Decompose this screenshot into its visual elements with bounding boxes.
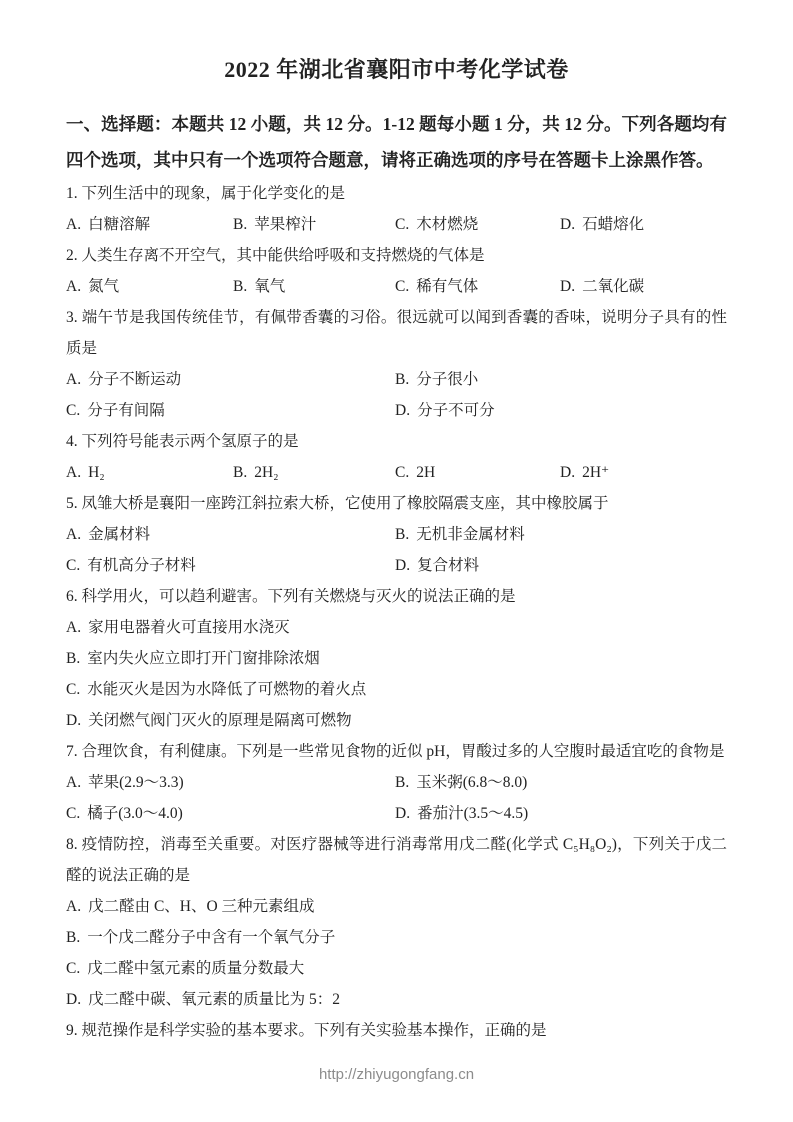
- option-label: D.: [560, 278, 575, 295]
- option-text: 石蜡熔化: [582, 216, 644, 233]
- answer-option: D.复合材料: [395, 550, 727, 581]
- option-text: 二氧化碳: [582, 278, 644, 295]
- option-label: A.: [66, 371, 81, 388]
- options-group: A.H₂B.2H₂C.2HD.2H⁺: [66, 457, 727, 488]
- answer-option: D.石蜡熔化: [560, 209, 727, 240]
- answer-option: A.白糖溶解: [66, 209, 233, 240]
- options-group: A.苹果(2.9～3.3)B.玉米粥(6.8～8.0)C.橘子(3.0～4.0)…: [66, 767, 727, 829]
- answer-option: B.氧气: [233, 271, 395, 302]
- option-label: A.: [66, 216, 81, 233]
- option-label: B.: [395, 371, 409, 388]
- answer-option: D.2H⁺: [560, 457, 727, 488]
- footer: http://zhiyugongfang.cn: [0, 1066, 793, 1083]
- option-label: D.: [560, 216, 575, 233]
- question-stem: 7. 合理饮食，有利健康。下列是一些常见食物的近似 pH，胃酸过多的人空腹时最适…: [66, 736, 727, 767]
- option-label: D.: [66, 991, 81, 1008]
- option-text: H₂: [88, 464, 105, 481]
- option-text: 复合材料: [417, 557, 479, 574]
- option-label: B.: [66, 650, 80, 667]
- question-block: 7. 合理饮食，有利健康。下列是一些常见食物的近似 pH，胃酸过多的人空腹时最适…: [66, 736, 727, 829]
- option-text: 水能灭火是因为水降低了可燃物的着火点: [87, 681, 366, 698]
- question-stem: 3. 端午节是我国传统佳节，有佩带香囊的习俗。很远就可以闻到香囊的香味，说明分子…: [66, 302, 727, 364]
- questions: 1. 下列生活中的现象，属于化学变化的是A.白糖溶解B.苹果榨汁C.木材燃烧D.…: [66, 178, 727, 1046]
- option-text: 关闭燃气阀门灭火的原理是隔离可燃物: [88, 712, 352, 729]
- option-text: 金属材料: [88, 526, 150, 543]
- question-block: 5. 凤雏大桥是襄阳一座跨江斜拉索大桥，它使用了橡胶隔震支座，其中橡胶属于A.金…: [66, 488, 727, 581]
- answer-option: B.苹果榨汁: [233, 209, 395, 240]
- option-label: A.: [66, 774, 81, 791]
- option-label: A.: [66, 278, 81, 295]
- answer-option: C.木材燃烧: [395, 209, 560, 240]
- question-block: 3. 端午节是我国传统佳节，有佩带香囊的习俗。很远就可以闻到香囊的香味，说明分子…: [66, 302, 727, 426]
- option-text: 无机非金属材料: [416, 526, 525, 543]
- answer-option: A.家用电器着火可直接用水浇灭: [66, 612, 727, 643]
- answer-option: C.戊二醛中氢元素的质量分数最大: [66, 953, 727, 984]
- option-text: 2H₂: [254, 464, 278, 481]
- option-text: 氮气: [88, 278, 119, 295]
- question-block: 6. 科学用火，可以趋利避害。下列有关燃烧与灭火的说法正确的是A.家用电器着火可…: [66, 581, 727, 736]
- question-block: 2. 人类生存离不开空气，其中能供给呼吸和支持燃烧的气体是A.氮气B.氧气C.稀…: [66, 240, 727, 302]
- option-text: 木材燃烧: [416, 216, 478, 233]
- option-text: 白糖溶解: [88, 216, 150, 233]
- option-text: 戊二醛中氢元素的质量分数最大: [87, 960, 304, 977]
- option-label: C.: [66, 805, 80, 822]
- options-group: A.氮气B.氧气C.稀有气体D.二氧化碳: [66, 271, 727, 302]
- option-label: C.: [66, 402, 80, 419]
- answer-option: D.关闭燃气阀门灭火的原理是隔离可燃物: [66, 705, 727, 736]
- answer-option: C.水能灭火是因为水降低了可燃物的着火点: [66, 674, 727, 705]
- question-stem: 2. 人类生存离不开空气，其中能供给呼吸和支持燃烧的气体是: [66, 240, 727, 271]
- page-title: 2022 年湖北省襄阳市中考化学试卷: [66, 54, 727, 86]
- option-text: 戊二醛由 C、H、O 三种元素组成: [88, 898, 314, 915]
- answer-option: A.分子不断运动: [66, 364, 395, 395]
- answer-option: B.一个戊二醛分子中含有一个氧气分子: [66, 922, 727, 953]
- option-text: 室内失火应立即打开门窗排除浓烟: [87, 650, 320, 667]
- option-label: B.: [233, 216, 247, 233]
- question-stem: 8. 疫情防控，消毒至关重要。对医疗器械等进行消毒常用戊二醛(化学式 C₅H₈O…: [66, 829, 727, 891]
- answer-option: B.室内失火应立即打开门窗排除浓烟: [66, 643, 727, 674]
- answer-option: A.苹果(2.9～3.3): [66, 767, 395, 798]
- answer-option: B.无机非金属材料: [395, 519, 727, 550]
- options-group: A.戊二醛由 C、H、O 三种元素组成B.一个戊二醛分子中含有一个氧气分子C.戊…: [66, 891, 727, 1015]
- option-label: D.: [560, 464, 575, 481]
- option-text: 苹果榨汁: [254, 216, 316, 233]
- option-text: 番茄汁(3.5～4.5): [417, 805, 528, 822]
- option-text: 稀有气体: [416, 278, 478, 295]
- answer-option: C.分子有间隔: [66, 395, 395, 426]
- option-text: 一个戊二醛分子中含有一个氧气分子: [87, 929, 335, 946]
- answer-option: C.稀有气体: [395, 271, 560, 302]
- option-label: C.: [395, 464, 409, 481]
- option-label: B.: [66, 929, 80, 946]
- answer-option: C.2H: [395, 457, 560, 488]
- question-stem: 6. 科学用火，可以趋利避害。下列有关燃烧与灭火的说法正确的是: [66, 581, 727, 612]
- option-text: 分子有间隔: [87, 402, 165, 419]
- question-block: 4. 下列符号能表示两个氢原子的是A.H₂B.2H₂C.2HD.2H⁺: [66, 426, 727, 488]
- footer-url: http://zhiyugongfang.cn: [319, 1066, 474, 1083]
- option-label: D.: [395, 805, 410, 822]
- option-text: 有机高分子材料: [87, 557, 196, 574]
- option-label: B.: [395, 526, 409, 543]
- options-group: A.分子不断运动B.分子很小C.分子有间隔D.分子不可分: [66, 364, 727, 426]
- answer-option: A.氮气: [66, 271, 233, 302]
- option-label: A.: [66, 464, 81, 481]
- answer-option: D.番茄汁(3.5～4.5): [395, 798, 727, 829]
- answer-option: D.分子不可分: [395, 395, 727, 426]
- option-text: 分子不断运动: [88, 371, 181, 388]
- answer-option: A.H₂: [66, 457, 233, 488]
- question-block: 1. 下列生活中的现象，属于化学变化的是A.白糖溶解B.苹果榨汁C.木材燃烧D.…: [66, 178, 727, 240]
- question-block: 8. 疫情防控，消毒至关重要。对医疗器械等进行消毒常用戊二醛(化学式 C₅H₈O…: [66, 829, 727, 1015]
- option-label: D.: [66, 712, 81, 729]
- answer-option: A.金属材料: [66, 519, 395, 550]
- question-stem: 9. 规范操作是科学实验的基本要求。下列有关实验基本操作，正确的是: [66, 1015, 727, 1046]
- option-text: 分子很小: [416, 371, 478, 388]
- option-label: A.: [66, 526, 81, 543]
- answer-option: B.2H₂: [233, 457, 395, 488]
- question-stem: 1. 下列生活中的现象，属于化学变化的是: [66, 178, 727, 209]
- options-group: A.白糖溶解B.苹果榨汁C.木材燃烧D.石蜡熔化: [66, 209, 727, 240]
- option-label: A.: [66, 619, 81, 636]
- option-label: B.: [395, 774, 409, 791]
- answer-option: A.戊二醛由 C、H、O 三种元素组成: [66, 891, 727, 922]
- option-text: 分子不可分: [417, 402, 495, 419]
- option-label: D.: [395, 557, 410, 574]
- option-label: B.: [233, 464, 247, 481]
- option-label: C.: [66, 960, 80, 977]
- option-text: 氧气: [254, 278, 285, 295]
- option-text: 戊二醛中碳、氧元素的质量比为 5：2: [88, 991, 340, 1008]
- option-label: D.: [395, 402, 410, 419]
- exam-page: 2022 年湖北省襄阳市中考化学试卷 一、选择题：本题共 12 小题，共 12 …: [0, 0, 793, 1046]
- option-label: C.: [66, 557, 80, 574]
- question-stem: 4. 下列符号能表示两个氢原子的是: [66, 426, 727, 457]
- section-intro: 一、选择题：本题共 12 小题，共 12 分。1-12 题每小题 1 分，共 1…: [66, 106, 727, 178]
- answer-option: C.橘子(3.0～4.0): [66, 798, 395, 829]
- answer-option: B.玉米粥(6.8～8.0): [395, 767, 727, 798]
- option-text: 2H: [416, 464, 435, 481]
- option-text: 家用电器着火可直接用水浇灭: [88, 619, 290, 636]
- option-label: C.: [395, 216, 409, 233]
- question-stem: 5. 凤雏大桥是襄阳一座跨江斜拉索大桥，它使用了橡胶隔震支座，其中橡胶属于: [66, 488, 727, 519]
- option-text: 苹果(2.9～3.3): [88, 774, 184, 791]
- option-text: 玉米粥(6.8～8.0): [416, 774, 527, 791]
- option-text: 橘子(3.0～4.0): [87, 805, 183, 822]
- option-label: C.: [395, 278, 409, 295]
- answer-option: B.分子很小: [395, 364, 727, 395]
- options-group: A.家用电器着火可直接用水浇灭B.室内失火应立即打开门窗排除浓烟C.水能灭火是因…: [66, 612, 727, 736]
- option-label: B.: [233, 278, 247, 295]
- option-label: A.: [66, 898, 81, 915]
- option-label: C.: [66, 681, 80, 698]
- answer-option: C.有机高分子材料: [66, 550, 395, 581]
- answer-option: D.二氧化碳: [560, 271, 727, 302]
- question-block: 9. 规范操作是科学实验的基本要求。下列有关实验基本操作，正确的是: [66, 1015, 727, 1046]
- options-group: A.金属材料B.无机非金属材料C.有机高分子材料D.复合材料: [66, 519, 727, 581]
- answer-option: D.戊二醛中碳、氧元素的质量比为 5：2: [66, 984, 727, 1015]
- option-text: 2H⁺: [582, 464, 609, 481]
